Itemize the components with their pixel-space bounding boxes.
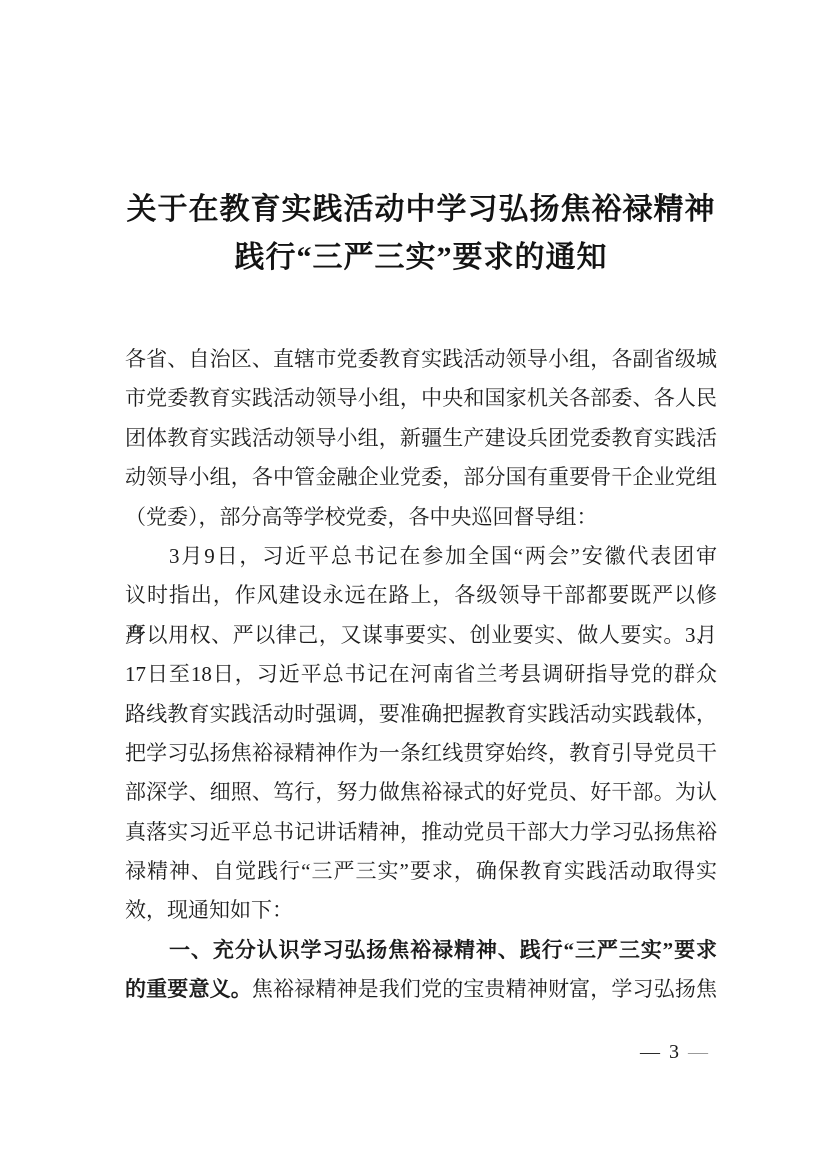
body-line: 17日至18日，习近平总书记在河南省兰考县调研指导党的群众 [125, 655, 717, 694]
salutation-line: （党委），部分高等学校党委，各中央巡回督导组： [125, 498, 717, 537]
salutation-line: 动领导小组，各中管金融企业党委，部分国有重要骨干企业党组 [125, 458, 717, 497]
page-number: —3— [640, 1041, 708, 1064]
body-line: 效，现通知如下： [125, 891, 717, 930]
body-line: 路线教育实践活动时强调，要准确把握教育实践活动实践载体， [125, 695, 717, 734]
body-line: 部深学、细照、笃行，努力做焦裕禄式的好党员、好干部。为认 [125, 773, 717, 812]
section-1-first-line: 的重要意义。焦裕禄精神是我们党的宝贵精神财富，学习弘扬焦 [125, 970, 717, 1009]
body-line: 议时指出，作风建设永远在路上，各级领导干部都要既严以修身、 [125, 576, 717, 615]
salutation-line: 各省、自治区、直辖市党委教育实践活动领导小组，各副省级城 [125, 340, 717, 379]
page-number-right-dash: — [688, 1041, 708, 1063]
title-line-1: 关于在教育实践活动中学习弘扬焦裕禄精神 [117, 186, 725, 234]
document-body: 各省、自治区、直辖市党委教育实践活动领导小组，各副省级城 市党委教育实践活动领导… [125, 340, 717, 1010]
salutation-line: 市党委教育实践活动领导小组，中央和国家机关各部委、各人民 [125, 379, 717, 418]
title-line-2: 践行“三严三实”要求的通知 [117, 234, 725, 282]
page-number-left-dash: — [640, 1041, 660, 1063]
document-title: 关于在教育实践活动中学习弘扬焦裕禄精神 践行“三严三实”要求的通知 [117, 186, 725, 282]
page-number-value: 3 [669, 1041, 679, 1063]
section-1-heading-tail: 的重要意义。 [125, 977, 252, 1001]
body-line: 严以用权、严以律己，又谋事要实、创业要实、做人要实。3月 [125, 616, 717, 655]
body-line: 禄精神、自觉践行“三严三实”要求，确保教育实践活动取得实 [125, 852, 717, 891]
section-1-text-start: 焦裕禄精神是我们党的宝贵精神财富，学习弘扬焦 [252, 977, 717, 1001]
document-page: 关于在教育实践活动中学习弘扬焦裕禄精神 践行“三严三实”要求的通知 各省、自治区… [0, 0, 827, 1169]
body-line: 把学习弘扬焦裕禄精神作为一条红线贯穿始终，教育引导党员干 [125, 734, 717, 773]
section-1-heading: 一、充分认识学习弘扬焦裕禄精神、践行“三严三实”要求 [125, 931, 717, 970]
body-line: 3月9日，习近平总书记在参加全国“两会”安徽代表团审 [125, 537, 717, 576]
body-line: 真落实习近平总书记讲话精神，推动党员干部大力学习弘扬焦裕 [125, 813, 717, 852]
salutation-line: 团体教育实践活动领导小组，新疆生产建设兵团党委教育实践活 [125, 419, 717, 458]
